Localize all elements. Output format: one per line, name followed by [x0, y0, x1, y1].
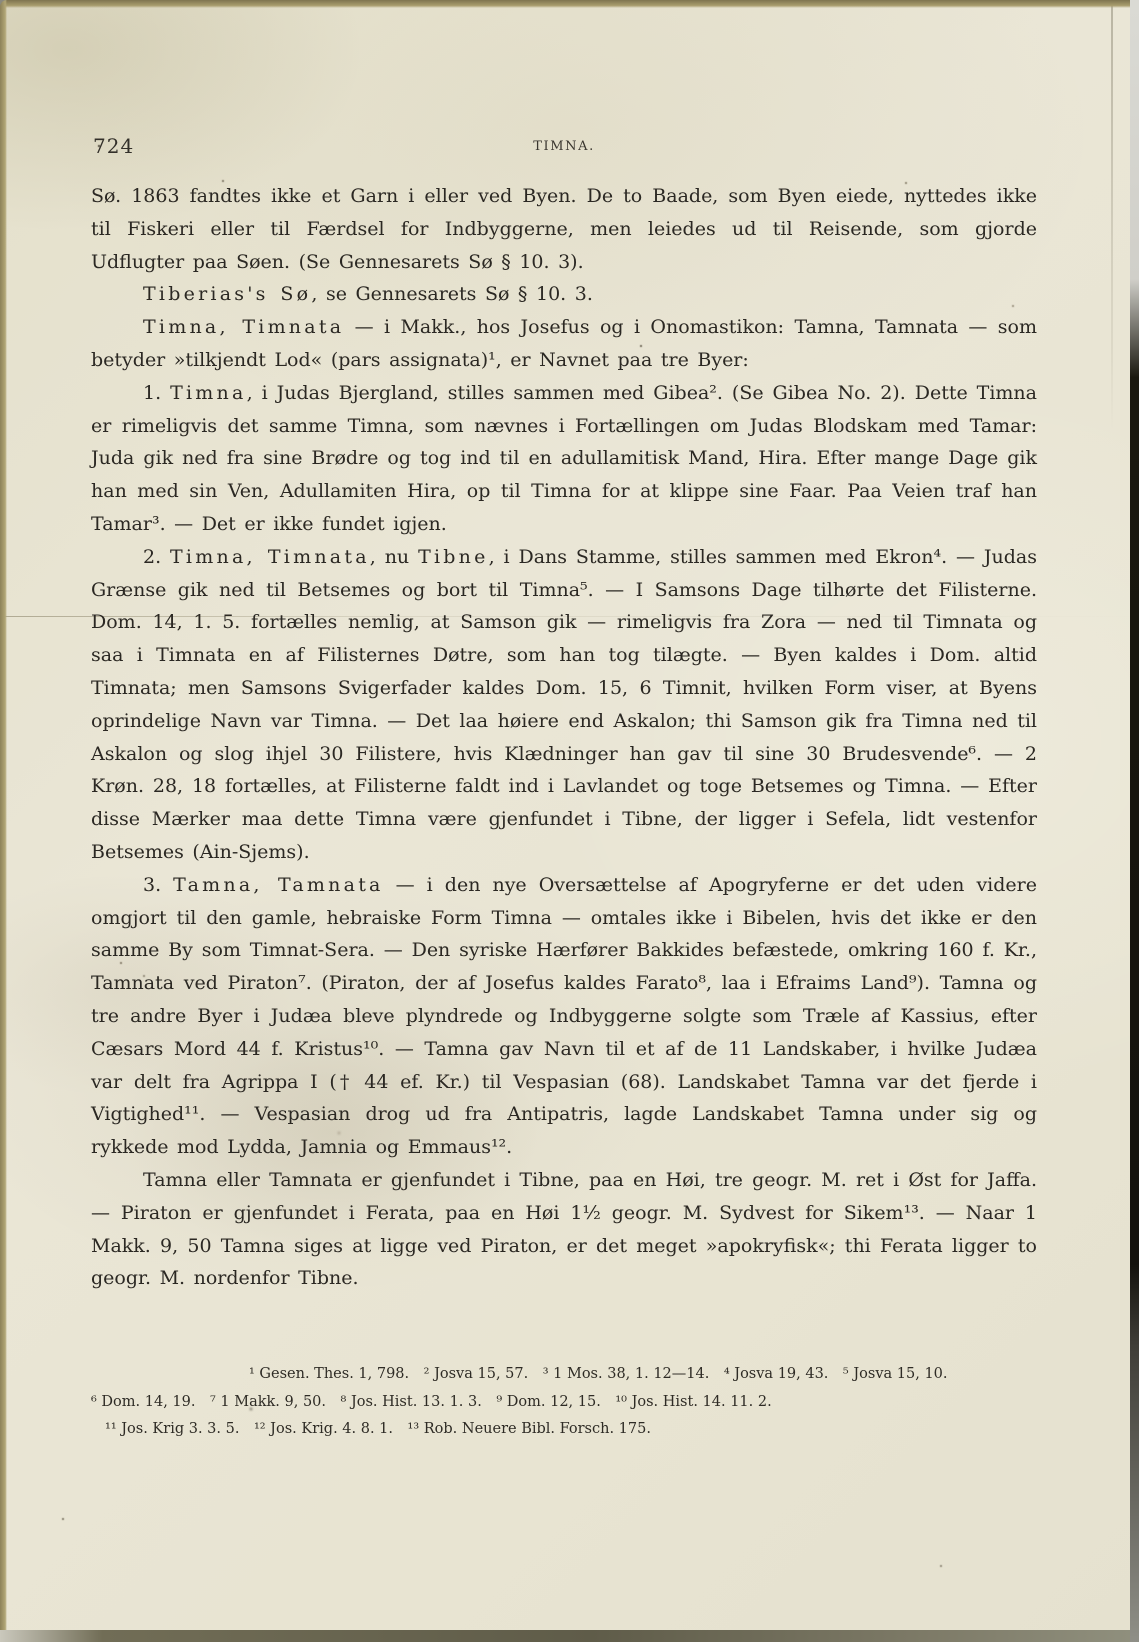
paragraph: Sø. 1863 fandtes ikke et Garn i eller ve… [91, 180, 1037, 278]
paragraph-text: Tamna eller Tamnata er gjenfundet i Tibn… [91, 1169, 1037, 1289]
paragraph: Tamna eller Tamnata er gjenfundet i Tibn… [91, 1164, 1037, 1295]
page-edge-top [0, 0, 1139, 8]
body-text: Sø. 1863 fandtes ikke et Garn i eller ve… [91, 180, 1037, 1295]
page-edge-bottom [0, 1630, 1139, 1642]
paragraph-text: 3. [143, 874, 173, 896]
running-head: 724 TIMNA. [91, 134, 1037, 164]
paragraph-text: 2. [143, 546, 170, 568]
paragraph: 2. Timna, Timnata, nu Tibne, i Dans Stam… [91, 541, 1037, 869]
paragraph-text: , se Gennesarets Sø § 10. 3. [311, 283, 593, 305]
paragraph-text: , i Judas Bjergland, stilles sammen med … [91, 382, 1037, 535]
keyword-letterspaced: Timna, Timnata [143, 316, 344, 338]
paragraph-text: Sø. 1863 fandtes ikke et Garn i eller ve… [91, 185, 1037, 273]
paragraph: Tiberias's Sø, se Gennesarets Sø § 10. 3… [91, 278, 1037, 311]
paragraph: Timna, Timnata — i Makk., hos Josefus og… [91, 311, 1037, 377]
page-edge-left [0, 0, 7, 1642]
keyword-letterspaced: Tibne [418, 546, 489, 568]
paragraph-text: — i den nye Oversættelse af Apogryferne … [91, 874, 1037, 1158]
footnote-line: ¹¹ Jos. Krig 3. 3. 5. ¹² Jos. Krig. 4. 8… [91, 1416, 1037, 1444]
keyword-letterspaced: Tamna, Tamnata [173, 874, 383, 896]
keyword-letterspaced: Tiberias's Sø [143, 283, 311, 305]
footnotes: ¹ Gesen. Thes. 1, 798. ² Josva 15, 57. ³… [91, 1361, 1037, 1444]
paragraph: 3. Tamna, Tamnata — i den nye Oversættel… [91, 869, 1037, 1164]
paragraph-text: , nu [370, 546, 418, 568]
page-content: 724 TIMNA. Sø. 1863 fandtes ikke et Garn… [91, 134, 1037, 1444]
paragraph-text: 1. [143, 382, 170, 404]
footnote-line: ¹ Gesen. Thes. 1, 798. ² Josva 15, 57. ³… [91, 1361, 1037, 1389]
keyword-letterspaced: Timna [170, 382, 246, 404]
scanned-book-page: 724 TIMNA. Sø. 1863 fandtes ikke et Garn… [0, 0, 1139, 1642]
paper-crease [1111, 0, 1113, 430]
footnote-line: ⁶ Dom. 14, 19. ⁷ 1 Makk. 9, 50. ⁸ Jos. H… [91, 1389, 1037, 1417]
keyword-letterspaced: Timna, Timnata [170, 546, 370, 568]
scan-edge-right [1130, 0, 1139, 1642]
running-title: TIMNA. [91, 139, 1037, 154]
paragraph-text: , i Dans Stamme, stilles sammen med Ekro… [91, 546, 1037, 863]
paragraph: 1. Timna, i Judas Bjergland, stilles sam… [91, 377, 1037, 541]
